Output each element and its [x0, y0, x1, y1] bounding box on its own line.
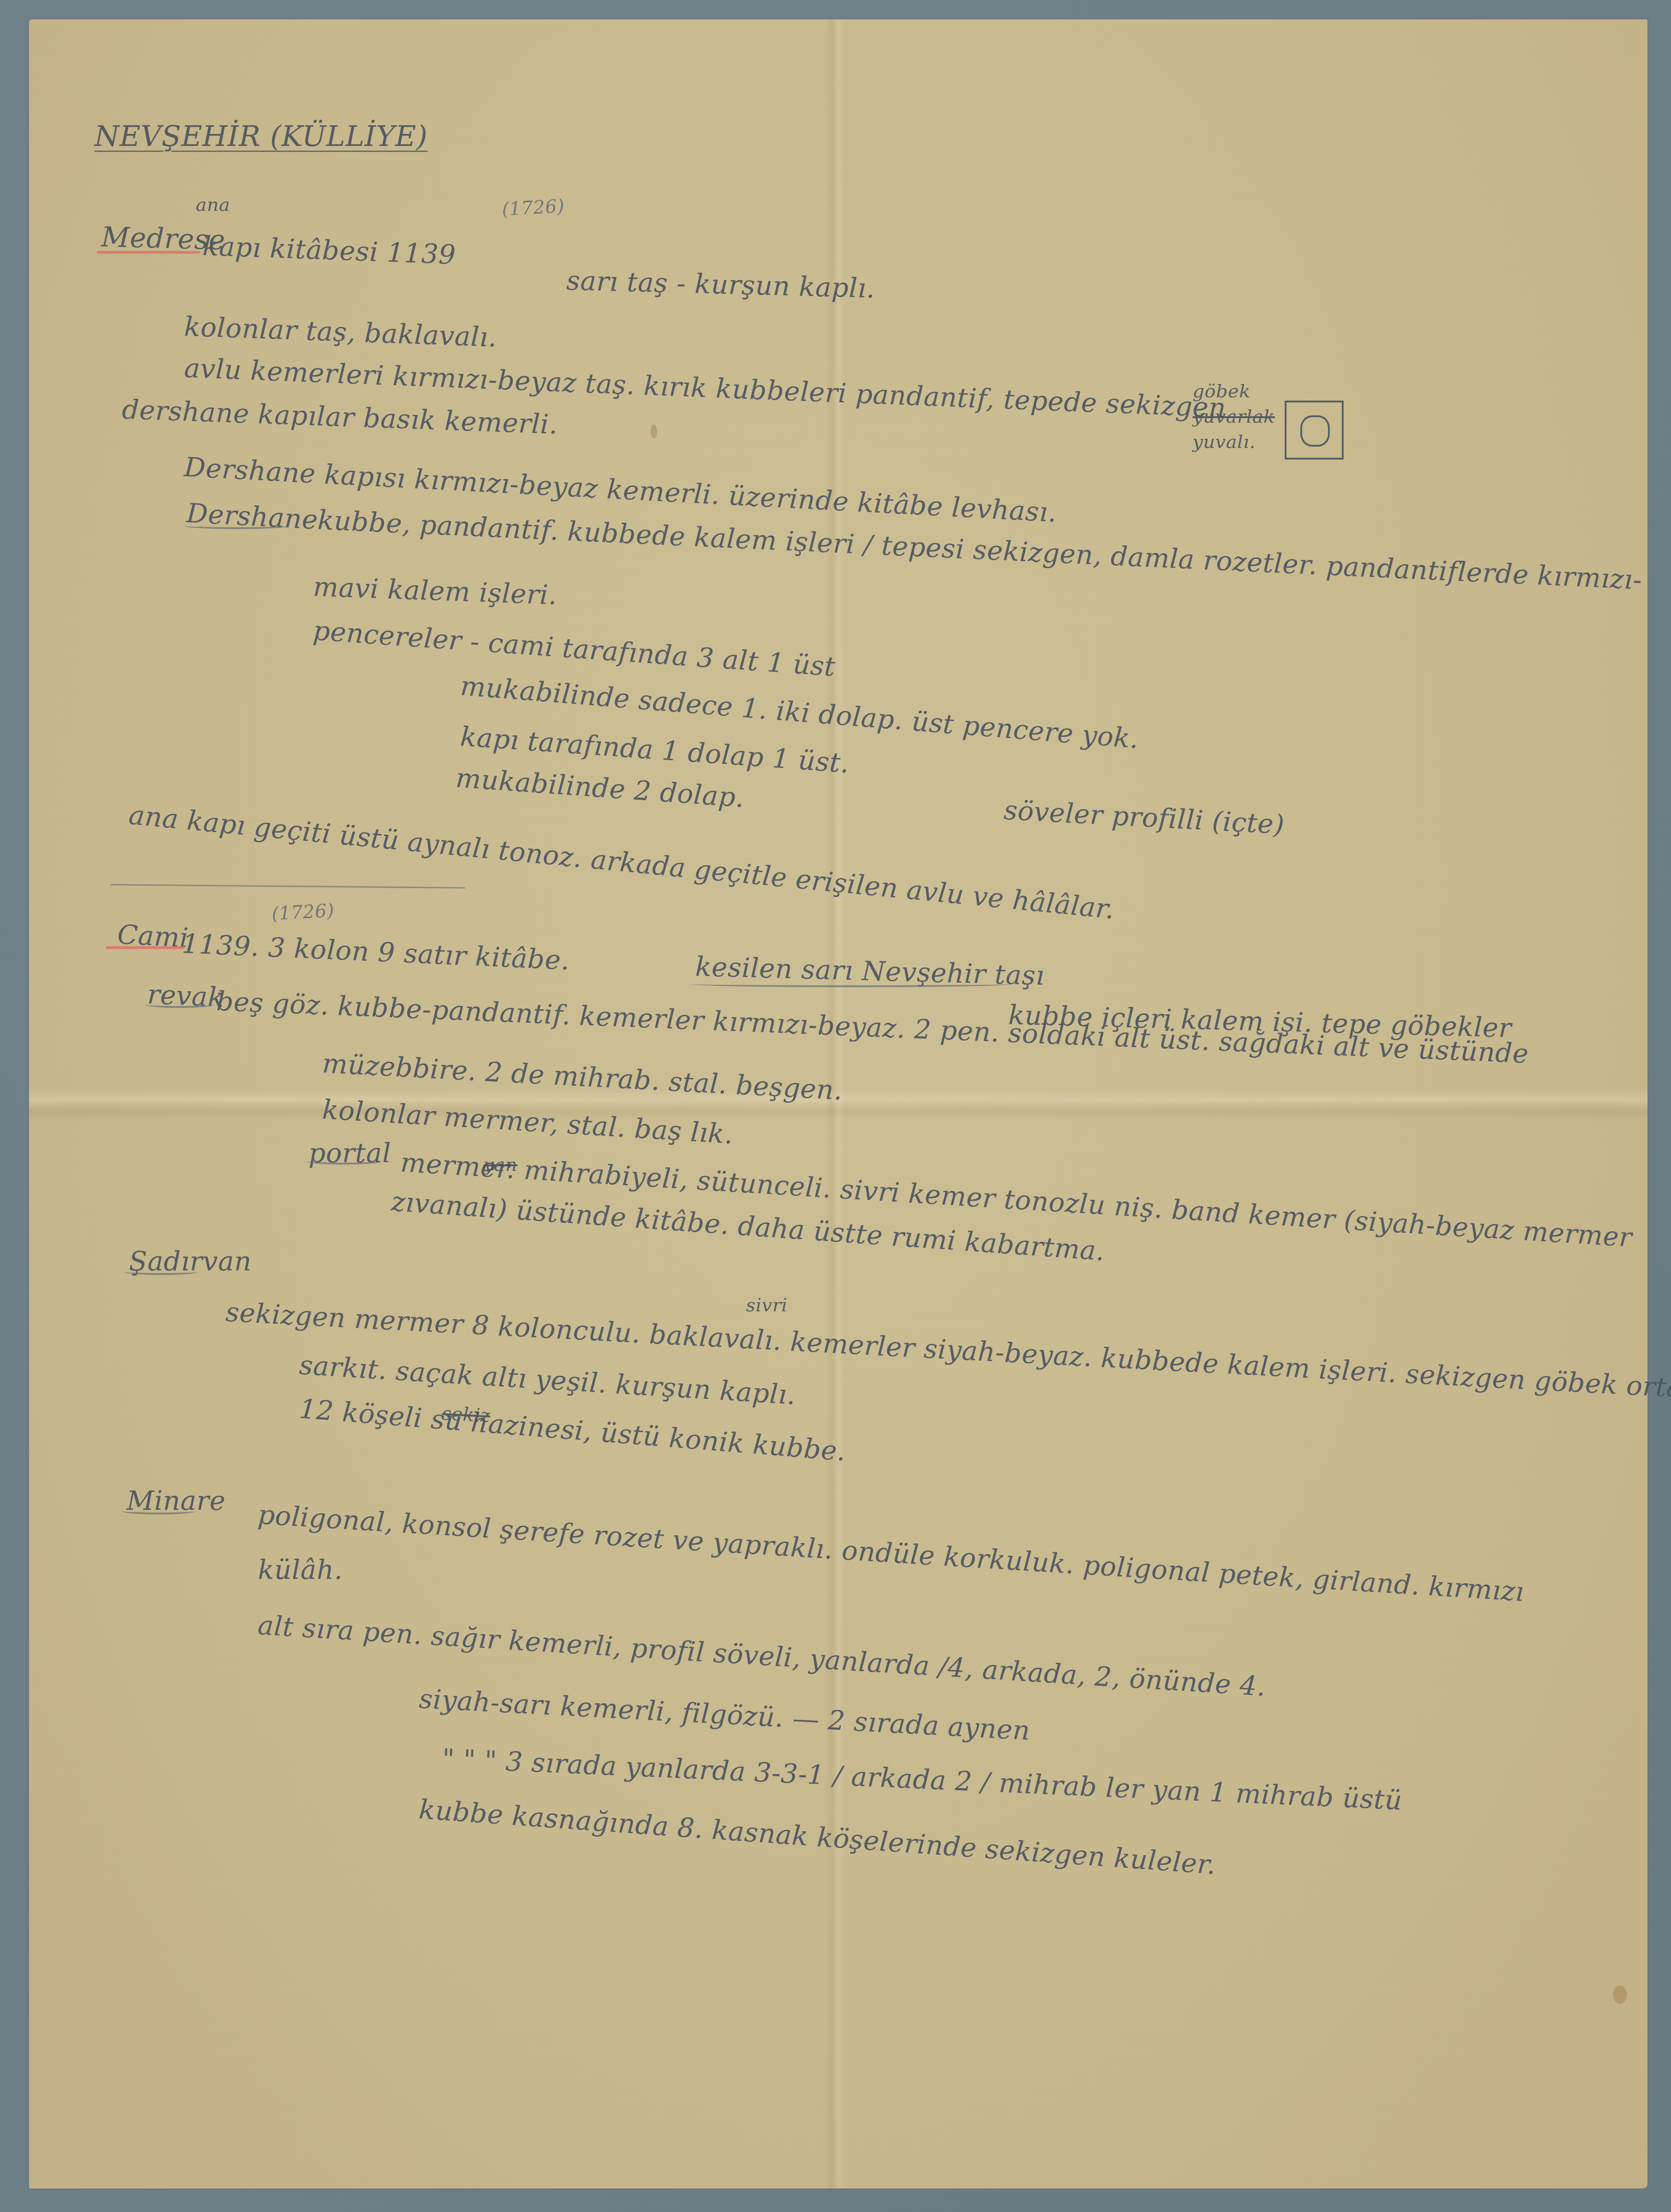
wavy-underline — [145, 1001, 214, 1008]
wavy-underline — [124, 1269, 198, 1275]
octagon-diagram-icon — [1285, 401, 1344, 460]
wavy-underline — [691, 981, 1013, 987]
wavy-underline — [184, 523, 290, 529]
dershane-line: mavi kalem işleri. — [313, 573, 558, 608]
minare-line: külâh. — [258, 1556, 343, 1583]
page-title: NEVŞEHİR (KÜLLİYE) — [94, 122, 428, 151]
margin-note: göbek — [1193, 382, 1251, 401]
caret-insertion-sivri: sivri — [746, 1296, 787, 1315]
wavy-underline — [306, 1158, 382, 1164]
cami-date: (1726) — [271, 902, 335, 923]
red-underline — [106, 946, 184, 949]
medrese-line-1: kapı kitâbesi 1139 — [202, 233, 456, 268]
margin-note-struck: yuvarlak — [1193, 407, 1275, 426]
paper-stain — [1613, 1985, 1627, 2004]
caret-insertion-ana: ana — [196, 196, 230, 214]
paper-stain — [651, 425, 657, 438]
wavy-underline — [122, 1508, 196, 1514]
medrese-date: (1726) — [501, 197, 565, 219]
margin-note: yuvalı. — [1193, 433, 1256, 451]
medrese-line-1-right: sarı taş - kurşun kaplı. — [566, 267, 875, 302]
red-underline — [97, 251, 200, 254]
